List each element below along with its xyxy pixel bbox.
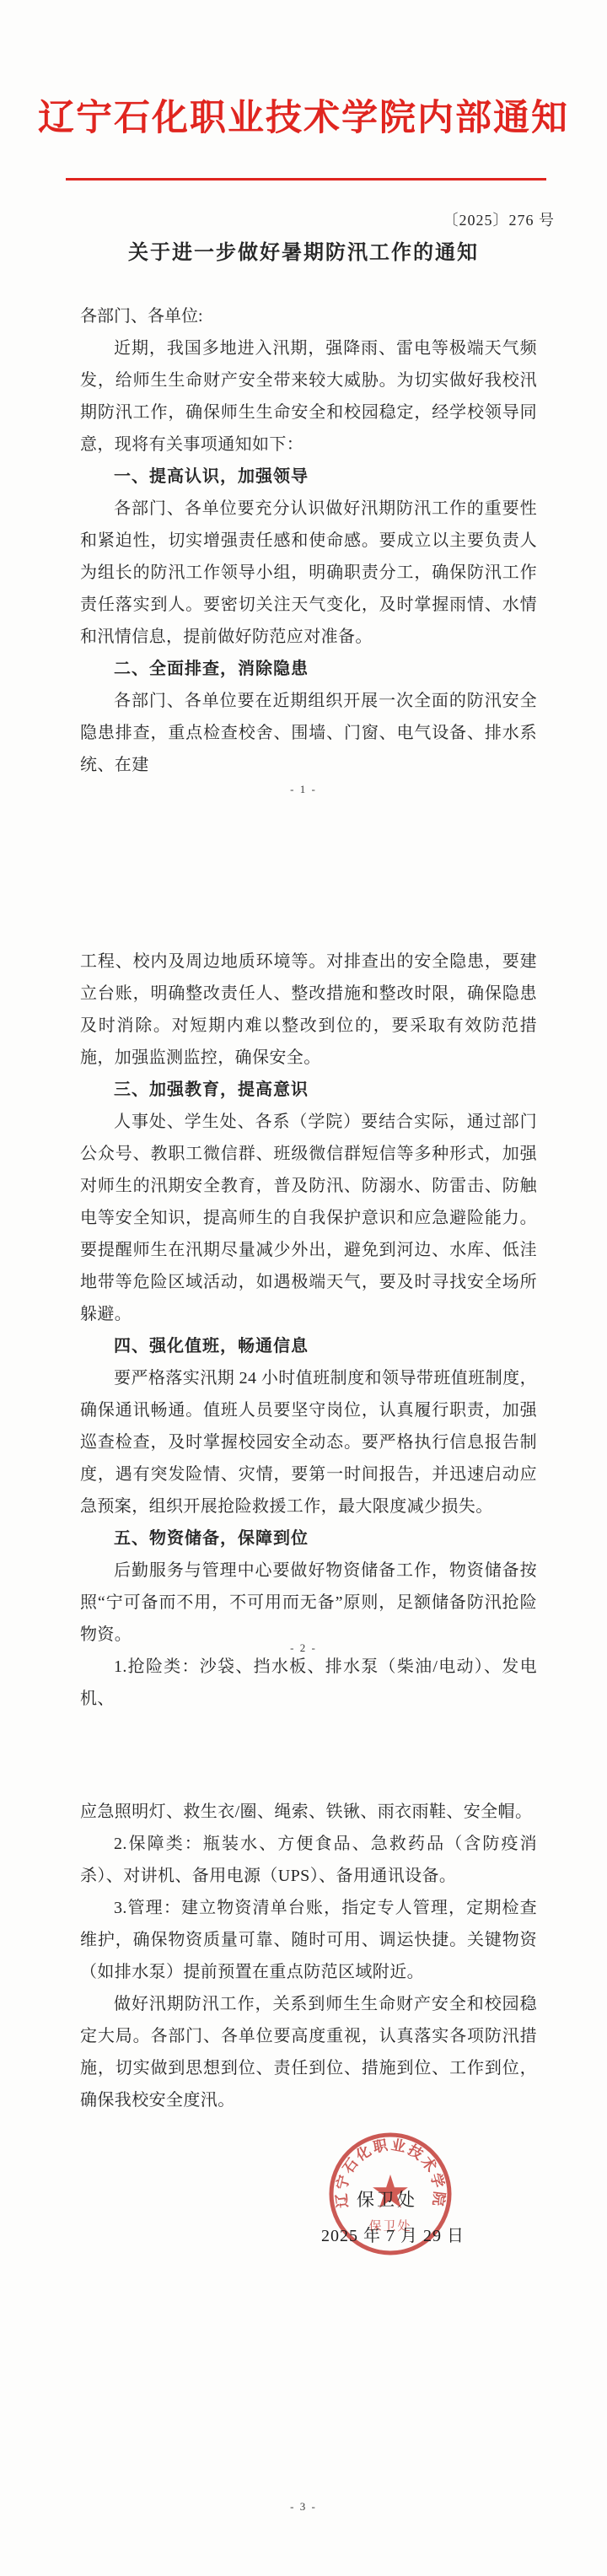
paragraph: 工程、校内及周边地质环境等。对排查出的安全隐患，要建立台账，明确整改责任人、整改…	[80, 946, 537, 1074]
masthead-divider	[66, 178, 546, 181]
section-heading: 五、物资储备，保障到位	[80, 1522, 537, 1555]
masthead-title: 辽宁石化职业技术学院内部通知	[0, 89, 607, 141]
section-heading: 二、全面排查，消除隐患	[80, 653, 537, 685]
paragraph: 人事处、学生处、各系（学院）要结合实际，通过部门公众号、教职工微信群、班级微信群…	[80, 1106, 537, 1330]
paragraph: 1.抢险类：沙袋、挡水板、排水泵（柴油/电动）、发电机、	[80, 1651, 537, 1715]
paragraph: 要严格落实汛期 24 小时值班制度和领导带班值班制度，确保通讯畅通。值班人员要坚…	[80, 1362, 537, 1522]
page-3-body: 应急照明灯、救生衣/圈、绳索、铁锹、雨衣雨鞋、安全帽。2.保障类：瓶装水、方便食…	[80, 1796, 537, 2116]
page-number-2: - 2 -	[0, 1641, 607, 1655]
section-heading: 四、强化值班，畅通信息	[80, 1330, 537, 1362]
paragraph: 做好汛期防汛工作，关系到师生生命财产安全和校园稳定大局。各部门、各单位要高度重视…	[80, 1988, 537, 2116]
paragraph: 应急照明灯、救生衣/圈、绳索、铁锹、雨衣雨鞋、安全帽。	[80, 1796, 537, 1828]
paragraph: 后勤服务与管理中心要做好物资储备工作，物资储备按照“宁可备而不用，不可用而无备”…	[80, 1555, 537, 1651]
notice-title: 关于进一步做好暑期防汛工作的通知	[0, 235, 607, 265]
signature-date: 2025 年 7 月 29 日	[321, 2222, 465, 2246]
paragraph: 各部门、各单位要在近期组织开展一次全面的防汛安全隐患排查，重点检查校舍、围墙、门…	[80, 685, 537, 781]
paragraph: 近期，我国多地进入汛期，强降雨、雷电等极端天气频发，给师生生命财产安全带来较大威…	[80, 332, 537, 461]
page-3: 应急照明灯、救生衣/圈、绳索、铁锹、雨衣雨鞋、安全帽。2.保障类：瓶装水、方便食…	[0, 1717, 607, 2576]
paragraph: 3.管理：建立物资清单台账，指定专人管理，定期检查维护，确保物资质量可靠、随时可…	[80, 1892, 537, 1988]
page-number-3: - 3 -	[0, 2500, 607, 2514]
page-1: 辽宁石化职业技术学院内部通知 〔2025〕276 号 关于进一步做好暑期防汛工作…	[0, 0, 607, 859]
page-2: 工程、校内及周边地质环境等。对排查出的安全隐患，要建立台账，明确整改责任人、整改…	[0, 859, 607, 1717]
section-heading: 三、加强教育，提高意识	[80, 1074, 537, 1106]
page-2-body: 工程、校内及周边地质环境等。对排查出的安全隐患，要建立台账，明确整改责任人、整改…	[80, 946, 537, 1715]
salutation: 各部门、各单位:	[80, 302, 203, 326]
paragraph: 各部门、各单位要充分认识做好汛期防汛工作的重要性和紧迫性，切实增强责任感和使命感…	[80, 493, 537, 653]
signature-department: 保卫处	[357, 2186, 417, 2212]
notice-document: 辽宁石化职业技术学院内部通知 〔2025〕276 号 关于进一步做好暑期防汛工作…	[0, 0, 607, 2576]
page-number-1: - 1 -	[0, 783, 607, 796]
section-heading: 一、提高认识，加强领导	[80, 461, 537, 493]
page-1-body: 近期，我国多地进入汛期，强降雨、雷电等极端天气频发，给师生生命财产安全带来较大威…	[80, 332, 537, 781]
paragraph: 2.保障类：瓶装水、方便食品、急救药品（含防疫消杀）、对讲机、备用电源（UPS）…	[80, 1828, 537, 1892]
doc-number: 〔2025〕276 号	[443, 208, 556, 230]
